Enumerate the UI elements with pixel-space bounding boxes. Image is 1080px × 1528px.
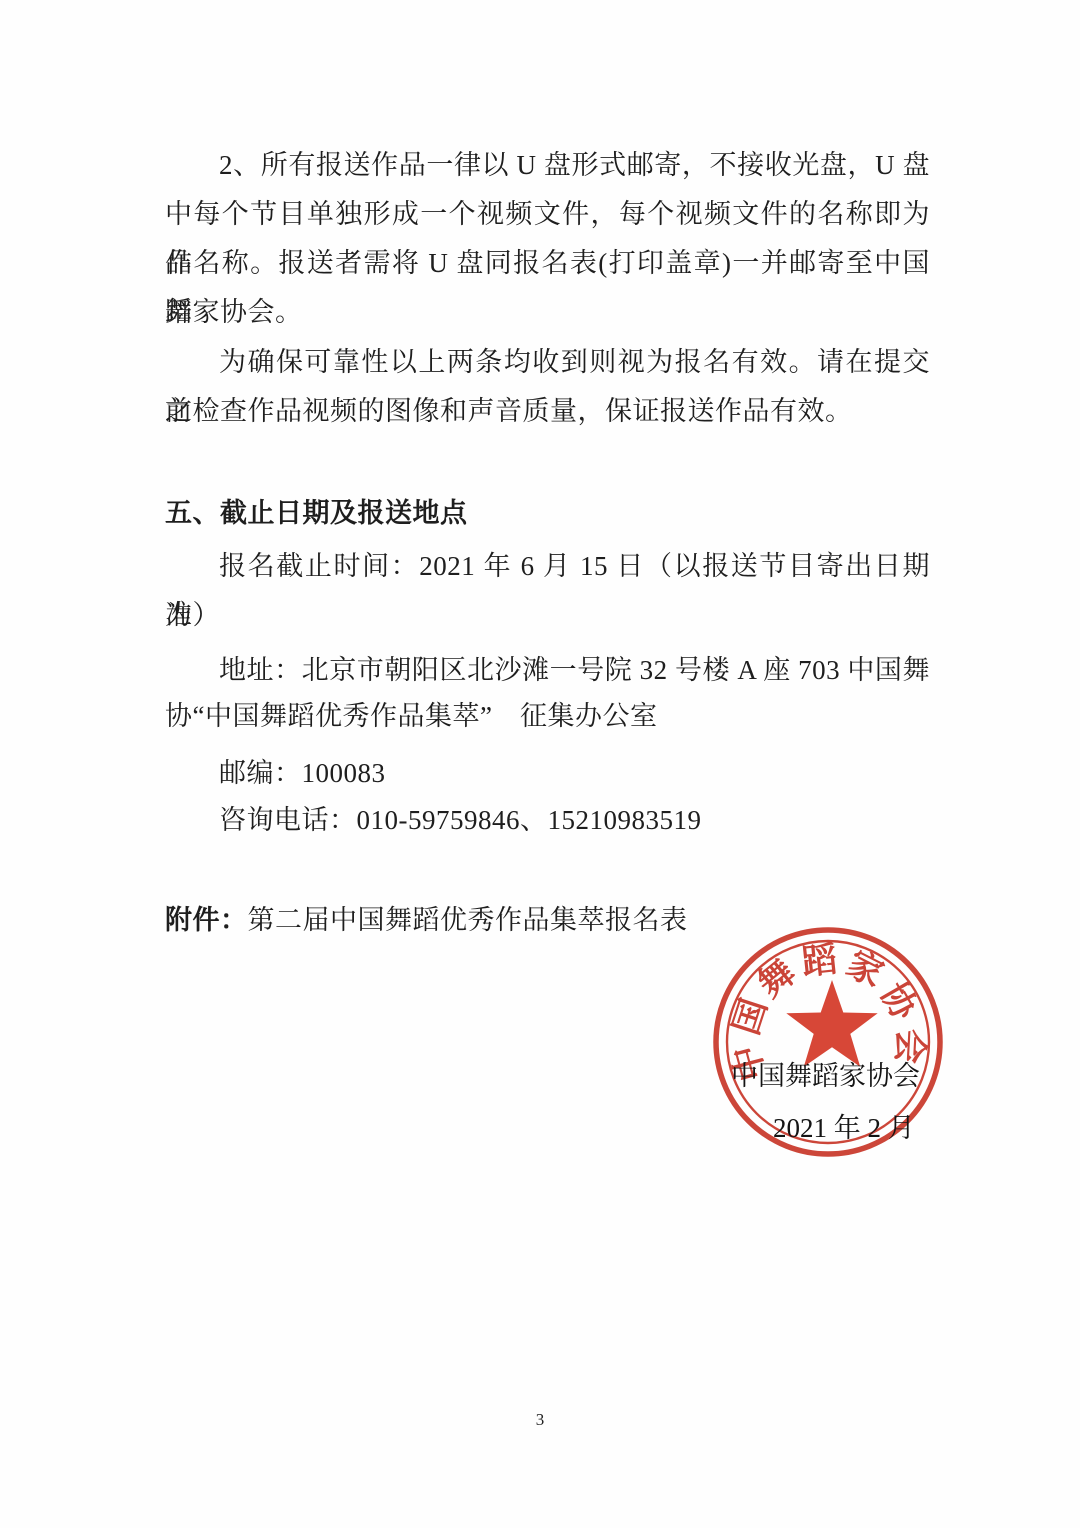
paragraph-line: 中每个节目单独形成一个视频文件，每个视频文件的名称即为作 (165, 190, 930, 239)
seal-char: 舞 (751, 952, 803, 1004)
signature-date: 2021 年 2 月 (773, 1104, 915, 1153)
document-page: 2、所有报送作品一律以 U 盘形式邮寄，不接收光盘，U 盘 中每个节目单独形成一… (0, 0, 1080, 1528)
postal-line: 邮编：100083 (165, 749, 930, 798)
address-line: 协“中国舞蹈优秀作品集萃” 征集办公室 (165, 692, 930, 741)
paragraph-line: 2、所有报送作品一律以 U 盘形式邮寄，不接收光盘，U 盘 (165, 141, 930, 190)
attachment-label: 附件： (165, 905, 248, 935)
seal-char: 家 (841, 944, 890, 995)
deadline-line: 报名截止时间：2021 年 6 月 15 日（以报送节目寄出日期为 (165, 542, 930, 591)
attachment-text: 第二届中国舞蹈优秀作品集萃报名表 (248, 905, 688, 935)
seal-char: 蹈 (800, 940, 839, 982)
paragraph-line: 品名称。报送者需将 U 盘同报名表(打印盖章)一并邮寄至中国舞 (165, 239, 930, 288)
section-heading: 五、截止日期及报送地点 (165, 489, 930, 538)
phone-line: 咨询电话：010-59759846、15210983519 (165, 796, 930, 845)
deadline-line: 准） (165, 591, 930, 640)
signature-org: 中国舞蹈家协会 (731, 1052, 920, 1101)
paragraph-line: 蹈家协会。 (165, 288, 930, 337)
page-number: 3 (0, 1408, 1080, 1432)
seal-char: 协 (873, 976, 925, 1028)
seal-char: 国 (727, 994, 775, 1039)
paragraph-line: 前检查作品视频的图像和声音质量，保证报送作品有效。 (165, 387, 930, 436)
paragraph-line: 为确保可靠性以上两条均收到则视为报名有效。请在提交之 (165, 338, 930, 387)
address-line: 地址：北京市朝阳区北沙滩一号院 32 号楼 A 座 703 中国舞 (165, 646, 930, 695)
